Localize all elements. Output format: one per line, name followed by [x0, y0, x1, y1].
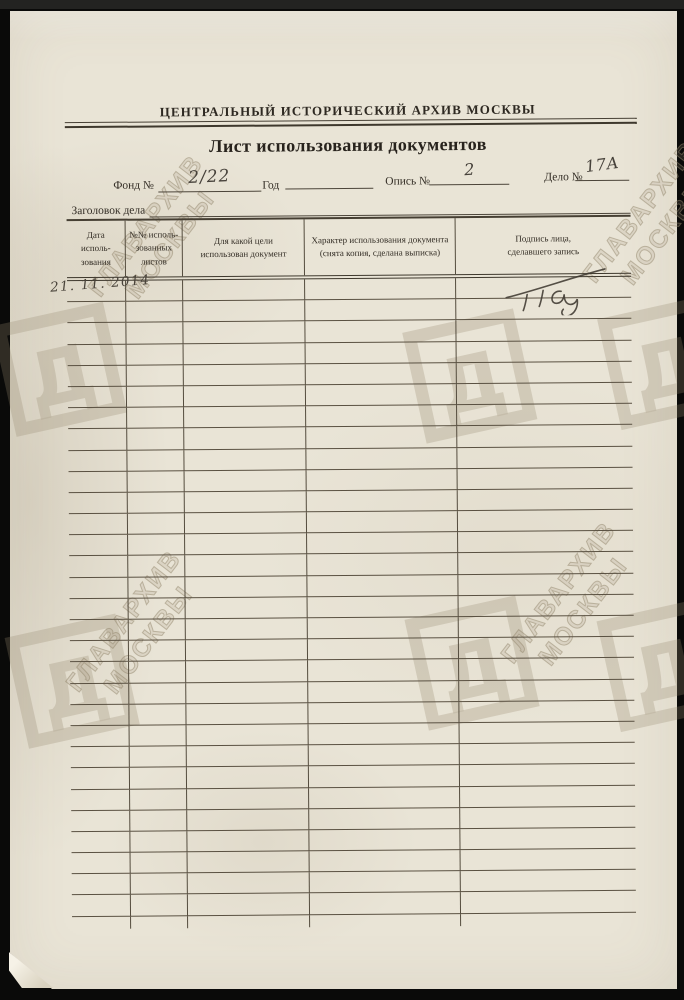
table-cell — [129, 831, 186, 853]
table-cell — [308, 681, 459, 703]
table-cell — [125, 323, 182, 345]
table-cell — [71, 726, 129, 748]
table-cell — [129, 725, 186, 747]
table-cell — [309, 893, 460, 915]
table-cell — [305, 363, 456, 385]
table-cell — [130, 895, 187, 917]
case-title-label: Заголовок дела — [71, 205, 145, 218]
table-cell — [186, 745, 309, 767]
table-cell — [309, 850, 460, 872]
table-cell — [184, 491, 307, 513]
table-cell — [308, 765, 459, 787]
table-cell — [305, 405, 456, 427]
table-cell — [70, 662, 128, 684]
table-cell — [126, 450, 183, 472]
table-cell — [70, 599, 128, 621]
table-cell — [127, 471, 184, 493]
table-cell — [68, 429, 126, 451]
table-cell — [458, 658, 634, 681]
table-cell — [456, 361, 632, 384]
table-body — [67, 277, 636, 917]
table-cell — [187, 894, 310, 916]
table-cell — [457, 573, 633, 596]
table-cell — [457, 489, 633, 512]
table-cell — [183, 449, 306, 471]
table-cell — [186, 830, 309, 852]
fond-value-handwritten: 2/22 — [188, 166, 231, 188]
table-cell — [129, 746, 186, 768]
table-cell — [127, 535, 184, 557]
table-cell — [184, 512, 307, 534]
table-cell — [182, 300, 305, 322]
opis-label: Опись № — [385, 175, 430, 187]
scanned-document: { "header": { "archive_name": "ЦЕНТРАЛЬН… — [0, 0, 684, 1000]
table-cell — [67, 302, 125, 324]
table-cell — [458, 595, 634, 618]
year-label: Год — [262, 179, 279, 191]
table-cell — [185, 682, 308, 704]
table-cell — [70, 620, 128, 642]
fond-underline: 2/22 — [158, 167, 261, 193]
table-cell — [456, 340, 632, 363]
col-header-sheets: №№ исполь- зованных листов — [125, 220, 182, 276]
table-cell — [306, 426, 457, 448]
table-cell — [130, 916, 187, 928]
table-cell — [460, 870, 636, 893]
table-cell — [129, 810, 186, 832]
year-underline — [285, 164, 373, 190]
col-header-usage-character: Характер использования документа (снята … — [304, 218, 455, 275]
case-title-underline — [149, 193, 630, 218]
table-cell — [183, 385, 306, 407]
table-cell — [306, 448, 457, 470]
table-cell — [128, 619, 185, 641]
table-cell — [308, 787, 459, 809]
table-cell — [185, 703, 308, 725]
table-cell — [459, 828, 635, 851]
table-cell — [183, 406, 306, 428]
table-cell — [309, 914, 460, 927]
table-cell — [307, 617, 458, 639]
table-cell — [72, 895, 130, 917]
table-cell — [71, 810, 129, 832]
table-cell — [72, 916, 130, 928]
table-cell — [186, 809, 309, 831]
table-cell — [458, 616, 634, 639]
table-cell — [128, 683, 185, 705]
table-cell — [456, 446, 632, 469]
table-cell — [456, 383, 632, 406]
table-cell — [458, 637, 634, 660]
table-cell — [183, 343, 306, 365]
table-cell — [182, 322, 305, 344]
col-header-date: Дата исполь- зования — [67, 221, 126, 277]
table-cell — [185, 661, 308, 683]
table-cell — [184, 534, 307, 556]
table-cell — [459, 743, 635, 766]
table-cell — [305, 342, 456, 364]
table-cell — [309, 829, 460, 851]
table-cell — [460, 912, 636, 925]
table-cell — [69, 577, 127, 599]
table-cell — [183, 364, 306, 386]
usage-table: Дата исполь- зования №№ исполь- зованных… — [67, 215, 637, 929]
table-cell — [458, 700, 634, 723]
table-cell — [69, 493, 127, 515]
table-cell — [71, 768, 129, 790]
table-cell — [128, 704, 185, 726]
table-cell — [128, 598, 185, 620]
table-cell — [306, 511, 457, 533]
delo-value-handwritten: 17А — [584, 153, 620, 176]
table-cell — [70, 641, 128, 663]
table-cell — [127, 556, 184, 578]
table-cell — [68, 365, 126, 387]
table-cell — [185, 597, 308, 619]
page-title: Лист использования документов — [66, 133, 630, 158]
table-cell — [126, 429, 183, 451]
table-cell — [455, 319, 631, 342]
table-cell — [69, 556, 127, 578]
table-cell — [129, 768, 186, 790]
table-cell — [69, 535, 127, 557]
table-cell — [458, 679, 634, 702]
table-cell — [459, 722, 635, 745]
table-cell — [70, 683, 128, 705]
table-cell — [309, 808, 460, 830]
table-cell — [186, 724, 309, 746]
table-cell — [456, 425, 632, 448]
table-cell — [71, 789, 129, 811]
table-cell — [457, 467, 633, 490]
table-cell — [69, 514, 127, 536]
table-cell — [457, 510, 633, 533]
table-cell — [68, 408, 126, 430]
signature — [501, 265, 611, 316]
fond-label: Фонд № — [113, 179, 154, 191]
table-cell — [128, 662, 185, 684]
table-cell — [185, 618, 308, 640]
delo-underline: 17А — [575, 155, 629, 181]
table-cell — [184, 555, 307, 577]
opis-underline: 2 — [429, 160, 509, 186]
table-cell — [306, 490, 457, 512]
table-cell — [127, 577, 184, 599]
table-cell — [187, 851, 310, 873]
table-cell — [72, 874, 130, 896]
table-cell — [307, 596, 458, 618]
table-cell — [187, 915, 309, 928]
table-cell — [71, 832, 129, 854]
table-cell — [457, 531, 633, 554]
table-cell — [70, 704, 128, 726]
table-cell — [306, 469, 457, 491]
table-cell — [308, 723, 459, 745]
table-cell — [459, 785, 635, 808]
col-header-purpose: Для какой цели использован документ — [182, 219, 305, 276]
table-cell — [184, 470, 307, 492]
table-cell — [127, 492, 184, 514]
table-cell — [307, 638, 458, 660]
table-cell — [460, 849, 636, 872]
table-cell — [68, 387, 126, 409]
table-cell — [182, 279, 305, 301]
table-cell — [128, 640, 185, 662]
photo-background-strip — [0, 0, 684, 9]
table-cell — [67, 323, 125, 345]
table-cell — [187, 873, 310, 895]
table-cell — [69, 471, 127, 493]
opis-value-handwritten: 2 — [464, 160, 475, 180]
table-cell — [68, 450, 126, 472]
table-cell — [459, 764, 635, 787]
table-cell — [307, 659, 458, 681]
table-cell — [307, 554, 458, 576]
table-cell — [126, 386, 183, 408]
table-cell — [305, 384, 456, 406]
table-cell — [306, 532, 457, 554]
table-cell — [185, 639, 308, 661]
table-cell — [186, 788, 309, 810]
table-cell — [126, 407, 183, 429]
table-cell — [307, 575, 458, 597]
table-cell — [68, 344, 126, 366]
table-cell — [127, 513, 184, 535]
table-cell — [130, 873, 187, 895]
table-cell — [305, 320, 456, 342]
table-cell — [71, 747, 129, 769]
table-cell — [126, 365, 183, 387]
watermark-logo-letter: Д — [624, 320, 684, 420]
document-content: ГЛАВАРХИВ МОСКВЫ ГЛАВАРХИВ МОСКВЫ ГЛАВАР… — [7, 8, 682, 991]
table-cell — [72, 853, 130, 875]
table-cell — [184, 576, 307, 598]
table-cell — [308, 744, 459, 766]
table-cell — [183, 428, 306, 450]
table-cell — [456, 404, 632, 427]
table-cell — [125, 301, 182, 323]
table-cell — [308, 702, 459, 724]
table-cell — [459, 806, 635, 829]
table-cell — [457, 552, 633, 575]
table-cell — [126, 344, 183, 366]
table-cell — [305, 299, 456, 321]
table-cell — [129, 789, 186, 811]
table-cell — [186, 767, 309, 789]
table-cell — [304, 278, 455, 300]
table-cell — [130, 852, 187, 874]
table-cell — [309, 871, 460, 893]
table-cell — [460, 891, 636, 914]
